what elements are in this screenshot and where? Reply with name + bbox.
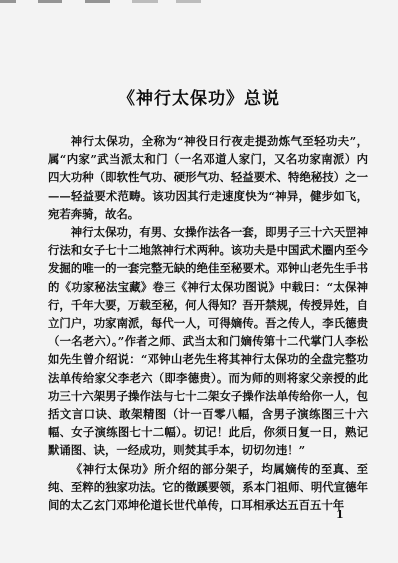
paragraph: 神行太保功，全称为“神役日行夜走提劲炼气至轻功夫”，属“内家”武当派太和门（一名… [48, 132, 368, 223]
scan-mark [0, 0, 16, 3]
scan-edge-marks [0, 0, 220, 8]
scan-mark [176, 0, 201, 3]
scan-mark [85, 0, 110, 3]
paragraph: 《神行太保功》所介绍的部分架子，均属嫡传的至真、至纯、至粹的独家功法。它的徵蹊要… [48, 460, 368, 515]
scan-mark [132, 0, 158, 3]
page-number: 1 [336, 508, 344, 521]
paragraph: 神行太保功，有男、女操作法各一套，即男子三十六天罡神行法和女子七十二地煞神行术两… [48, 223, 368, 460]
body-text: 神行太保功，全称为“神役日行夜走提劲炼气至轻功夫”，属“内家”武当派太和门（一名… [48, 132, 368, 514]
page-title: 《神行太保功》总说 [0, 84, 398, 109]
scan-mark [38, 0, 62, 3]
